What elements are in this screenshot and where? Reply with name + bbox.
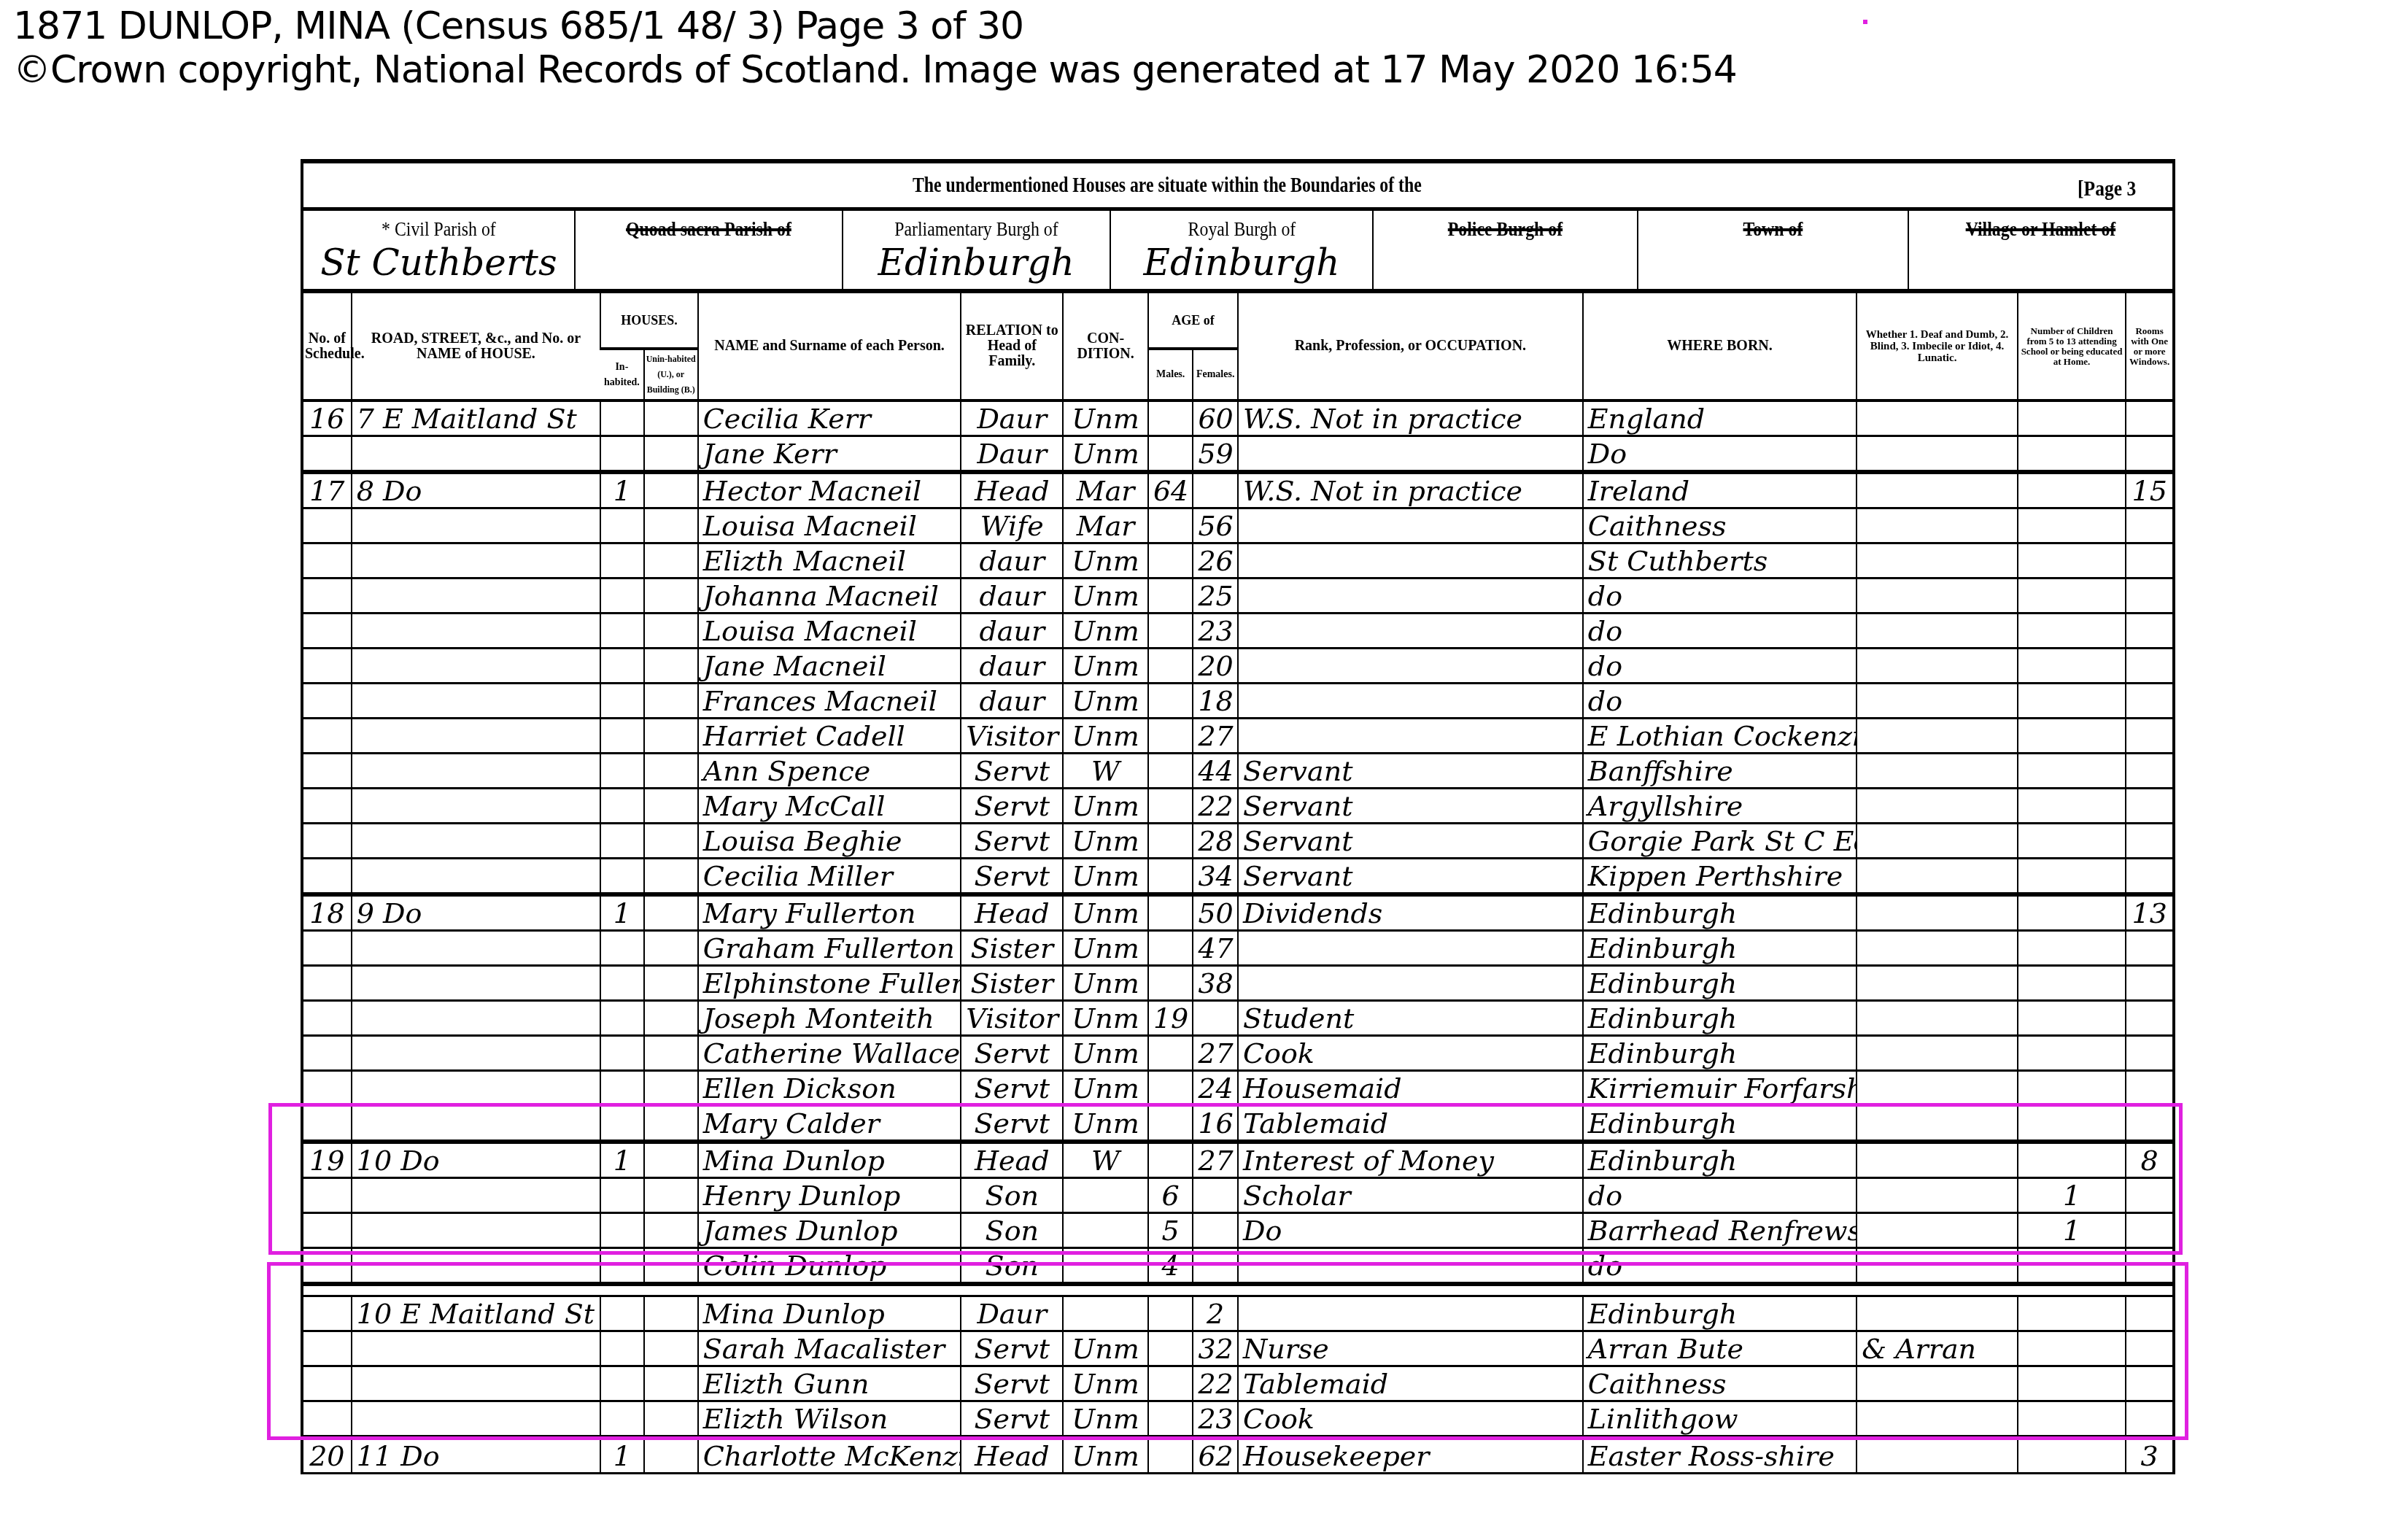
uninhabited-cell (644, 1001, 698, 1036)
schedule-cell (303, 1001, 352, 1036)
female-age-cell: 23 (1193, 1401, 1238, 1438)
children-cell (2018, 579, 2126, 614)
uninhabited-cell (644, 543, 698, 579)
census-table: No. of Schedule. ROAD, STREET, &c., and … (301, 293, 2175, 1474)
infirmity-cell (1857, 966, 2018, 1001)
col-name: NAME and Surname of each Person. (698, 293, 961, 401)
name-cell: Elizth Wilson (698, 1401, 961, 1438)
name-cell: Mary Fullerton (698, 894, 961, 931)
boundary-cell: Parliamentary Burgh ofEdinburgh (843, 211, 1111, 289)
infirmity-cell (1857, 1178, 2018, 1213)
female-age-cell: 32 (1193, 1331, 1238, 1366)
relation-cell: Daur (961, 401, 1063, 436)
name-cell: James Dunlop (698, 1213, 961, 1248)
male-age-cell (1148, 1296, 1193, 1331)
schedule-cell: 18 (303, 894, 352, 931)
name-cell: Mary Calder (698, 1106, 961, 1142)
inhabited-cell (600, 1036, 643, 1071)
table-row: Jane KerrDaurUnm59Do (303, 436, 2172, 473)
name-cell: Louisa Beghie (698, 824, 961, 859)
boundary-label: * Civil Parish of (324, 218, 554, 241)
relation-cell: Servt (961, 754, 1063, 789)
schedule-cell (303, 579, 352, 614)
rooms-cell: 8 (2126, 1142, 2172, 1178)
relation-cell: Head (961, 894, 1063, 931)
uninhabited-cell (644, 436, 698, 473)
address-cell (352, 966, 600, 1001)
infirmity-cell (1857, 754, 2018, 789)
children-cell: 1 (2018, 1178, 2126, 1213)
children-cell (2018, 894, 2126, 931)
address-cell: 10 Do (352, 1142, 600, 1178)
inhabited-cell (600, 1296, 643, 1331)
col-males: Males. (1148, 349, 1193, 401)
inhabited-cell: 1 (600, 1142, 643, 1178)
uninhabited-cell (644, 649, 698, 684)
uninhabited-cell (644, 1296, 698, 1331)
uninhabited-cell (644, 894, 698, 931)
infirmity-cell (1857, 931, 2018, 966)
children-cell (2018, 1248, 2126, 1285)
occupation-cell: W.S. Not in practice (1238, 472, 1583, 508)
male-age-cell (1148, 1437, 1193, 1474)
condition-cell: Mar (1063, 472, 1148, 508)
uninhabited-cell (644, 579, 698, 614)
condition-cell: W (1063, 754, 1148, 789)
children-cell (2018, 1106, 2126, 1142)
born-cell: do (1583, 614, 1857, 649)
relation-cell: Servt (961, 1401, 1063, 1438)
children-cell (2018, 931, 2126, 966)
occupation-cell (1238, 931, 1583, 966)
schedule-cell (303, 684, 352, 719)
uninhabited-cell (644, 824, 698, 859)
inhabited-cell (600, 754, 643, 789)
condition-cell: Unm (1063, 1437, 1148, 1474)
infirmity-cell (1857, 894, 2018, 931)
address-cell: 8 Do (352, 472, 600, 508)
condition-cell: Unm (1063, 1331, 1148, 1366)
table-row: Colin DunlopSon4do (303, 1248, 2172, 1285)
inhabited-cell (600, 931, 643, 966)
born-cell: Caithness (1583, 508, 1857, 543)
rooms-cell (2126, 543, 2172, 579)
address-cell (352, 1001, 600, 1036)
relation-cell: Daur (961, 436, 1063, 473)
male-age-cell: 64 (1148, 472, 1193, 508)
col-infirmity: Whether 1. Deaf and Dumb, 2. Blind, 3. I… (1857, 293, 2018, 401)
relation-cell: daur (961, 684, 1063, 719)
rooms-cell (2126, 1366, 2172, 1401)
female-age-cell (1193, 1178, 1238, 1213)
name-cell: Ellen Dickson (698, 1071, 961, 1106)
children-cell (2018, 472, 2126, 508)
condition-cell: Unm (1063, 1036, 1148, 1071)
infirmity-cell (1857, 824, 2018, 859)
female-age-cell: 38 (1193, 966, 1238, 1001)
rooms-cell (2126, 401, 2172, 436)
col-schedule: No. of Schedule. (303, 293, 352, 401)
address-cell (352, 1036, 600, 1071)
uninhabited-cell (644, 1248, 698, 1285)
infirmity-cell (1857, 1401, 2018, 1438)
address-cell (352, 579, 600, 614)
schedule-cell: 20 (303, 1437, 352, 1474)
rooms-cell (2126, 614, 2172, 649)
schedule-cell (303, 1296, 352, 1331)
relation-cell: Head (961, 1142, 1063, 1178)
uninhabited-cell (644, 684, 698, 719)
born-cell: do (1583, 579, 1857, 614)
table-row: 10 E Maitland StMina DunlopDaur2Edinburg… (303, 1296, 2172, 1331)
relation-cell: Servt (961, 1331, 1063, 1366)
female-age-cell: 34 (1193, 859, 1238, 895)
table-row: Louisa BeghieServtUnm28ServantGorgie Par… (303, 824, 2172, 859)
female-age-cell: 62 (1193, 1437, 1238, 1474)
female-age-cell: 56 (1193, 508, 1238, 543)
inhabited-cell (600, 1213, 643, 1248)
infirmity-cell (1857, 1296, 2018, 1331)
rooms-cell (2126, 1248, 2172, 1285)
table-row: 167 E Maitland StCecilia KerrDaurUnm60W.… (303, 401, 2172, 436)
boundary-label: Parliamentary Burgh of (863, 218, 1089, 241)
census-sheet: The undermentioned Houses are situate wi… (301, 159, 2175, 1458)
col-occupation: Rank, Profession, or OCCUPATION. (1238, 293, 1583, 401)
infirmity-cell (1857, 508, 2018, 543)
address-cell (352, 1248, 600, 1285)
condition-cell: Unm (1063, 966, 1148, 1001)
name-cell: Elizth Gunn (698, 1366, 961, 1401)
relation-cell: Servt (961, 824, 1063, 859)
children-cell (2018, 1401, 2126, 1438)
relation-cell: Servt (961, 859, 1063, 895)
relation-cell: Servt (961, 789, 1063, 824)
male-age-cell (1148, 859, 1193, 895)
schedule-cell: 17 (303, 472, 352, 508)
boundary-label: Police Burgh of (1394, 218, 1618, 241)
children-cell (2018, 719, 2126, 754)
address-cell (352, 1071, 600, 1106)
condition-cell: Unm (1063, 1366, 1148, 1401)
children-cell (2018, 1071, 2126, 1106)
male-age-cell (1148, 1036, 1193, 1071)
rooms-cell (2126, 508, 2172, 543)
inhabited-cell: 1 (600, 472, 643, 508)
condition-cell: Mar (1063, 508, 1148, 543)
boundaries-row: * Civil Parish ofSt CuthbertsQuoad sacra… (301, 207, 2175, 293)
address-cell: 11 Do (352, 1437, 600, 1474)
male-age-cell (1148, 543, 1193, 579)
name-cell: Jane Kerr (698, 436, 961, 473)
condition-cell (1063, 1248, 1148, 1285)
children-cell (2018, 966, 2126, 1001)
born-cell: Edinburgh (1583, 1142, 1857, 1178)
schedule-cell (303, 824, 352, 859)
uninhabited-cell (644, 508, 698, 543)
children-cell (2018, 1036, 2126, 1071)
occupation-cell: Servant (1238, 789, 1583, 824)
highlight-marker (1863, 20, 1867, 24)
address-cell (352, 931, 600, 966)
schedule-cell (303, 1401, 352, 1438)
condition-cell (1063, 1178, 1148, 1213)
born-cell: do (1583, 649, 1857, 684)
female-age-cell: 26 (1193, 543, 1238, 579)
table-row: Joseph MonteithVisitorUnm19StudentEdinbu… (303, 1001, 2172, 1036)
schedule-cell (303, 1178, 352, 1213)
inhabited-cell (600, 436, 643, 473)
table-row: Elphinstone FullertonSisterUnm38Edinburg… (303, 966, 2172, 1001)
infirmity-cell (1857, 789, 2018, 824)
female-age-cell: 2 (1193, 1296, 1238, 1331)
relation-cell: Daur (961, 1296, 1063, 1331)
boundary-value: Edinburgh (843, 241, 1110, 284)
table-row: Frances MacneildaurUnm18do (303, 684, 2172, 719)
condition-cell: Unm (1063, 789, 1148, 824)
born-cell: England (1583, 401, 1857, 436)
relation-cell: Servt (961, 1366, 1063, 1401)
col-rooms: Rooms with One or more Windows. (2126, 293, 2172, 401)
rooms-cell: 15 (2126, 472, 2172, 508)
name-cell: Mary McCall (698, 789, 961, 824)
table-row: Elizth GunnServtUnm22TablemaidCaithness (303, 1366, 2172, 1401)
male-age-cell (1148, 789, 1193, 824)
infirmity-cell (1857, 1106, 2018, 1142)
boundary-cell: Town of (1638, 211, 1909, 289)
address-cell: 9 Do (352, 894, 600, 931)
condition-cell: Unm (1063, 1001, 1148, 1036)
schedule-cell: 16 (303, 401, 352, 436)
born-cell: Edinburgh (1583, 931, 1857, 966)
boundary-cell: Village or Hamlet of (1909, 211, 2172, 289)
record-title: 1871 DUNLOP, MINA (Census 685/1 48/ 3) P… (13, 4, 1023, 48)
boundary-label: Town of (1659, 218, 1888, 241)
infirmity-cell (1857, 1366, 2018, 1401)
rooms-cell (2126, 436, 2172, 473)
uninhabited-cell (644, 1366, 698, 1401)
name-cell: Harriet Cadell (698, 719, 961, 754)
uninhabited-cell (644, 1106, 698, 1142)
table-row: 189 Do1Mary FullertonHeadUnm50DividendsE… (303, 894, 2172, 931)
schedule-cell (303, 1366, 352, 1401)
address-cell (352, 1213, 600, 1248)
condition-cell: Unm (1063, 894, 1148, 931)
rooms-cell (2126, 1178, 2172, 1213)
condition-cell: Unm (1063, 719, 1148, 754)
schedule-cell (303, 1071, 352, 1106)
infirmity-cell (1857, 684, 2018, 719)
inhabited-cell (600, 649, 643, 684)
infirmity-cell (1857, 649, 2018, 684)
schedule-cell (303, 543, 352, 579)
address-cell (352, 859, 600, 895)
male-age-cell (1148, 1106, 1193, 1142)
occupation-cell: Do (1238, 1213, 1583, 1248)
male-age-cell (1148, 1366, 1193, 1401)
col-houses: HOUSES. (600, 293, 698, 349)
born-cell: Ireland (1583, 472, 1857, 508)
infirmity-cell (1857, 436, 2018, 473)
address-cell: 10 E Maitland St (352, 1296, 600, 1331)
infirmity-cell (1857, 614, 2018, 649)
born-cell: Banffshire (1583, 754, 1857, 789)
relation-cell: daur (961, 579, 1063, 614)
table-row: Mary CalderServtUnm16TablemaidEdinburgh (303, 1106, 2172, 1142)
uninhabited-cell (644, 1178, 698, 1213)
name-cell: Joseph Monteith (698, 1001, 961, 1036)
inhabited-cell (600, 401, 643, 436)
schedule-cell: 19 (303, 1142, 352, 1178)
children-cell (2018, 754, 2126, 789)
relation-cell: Visitor (961, 1001, 1063, 1036)
uninhabited-cell (644, 859, 698, 895)
name-cell: Elphinstone Fullerton (698, 966, 961, 1001)
male-age-cell (1148, 436, 1193, 473)
table-row: Elizth WilsonServtUnm23CookLinlithgow (303, 1401, 2172, 1438)
condition-cell: Unm (1063, 1106, 1148, 1142)
condition-cell: Unm (1063, 859, 1148, 895)
uninhabited-cell (644, 1036, 698, 1071)
address-cell (352, 824, 600, 859)
female-age-cell: 59 (1193, 436, 1238, 473)
col-children: Number of Children from 5 to 13 attendin… (2018, 293, 2126, 401)
table-row: Cecilia MillerServtUnm34ServantKippen Pe… (303, 859, 2172, 895)
occupation-cell (1238, 579, 1583, 614)
male-age-cell (1148, 1071, 1193, 1106)
schedule-cell (303, 931, 352, 966)
born-cell: Barrhead Renfrewshire (1583, 1213, 1857, 1248)
born-cell: Kippen Perthshire (1583, 859, 1857, 895)
name-cell: Graham Fullerton (698, 931, 961, 966)
occupation-cell (1238, 1248, 1583, 1285)
form-title-band: The undermentioned Houses are situate wi… (301, 159, 2175, 207)
born-cell: Linlithgow (1583, 1401, 1857, 1438)
male-age-cell (1148, 966, 1193, 1001)
table-row: Sarah MacalisterServtUnm32NurseArran But… (303, 1331, 2172, 1366)
female-age-cell: 16 (1193, 1106, 1238, 1142)
condition-cell: Unm (1063, 1401, 1148, 1438)
address-cell (352, 754, 600, 789)
condition-cell (1063, 1296, 1148, 1331)
children-cell (2018, 1142, 2126, 1178)
table-row: Graham FullertonSisterUnm47Edinburgh (303, 931, 2172, 966)
name-cell: Hector Macneil (698, 472, 961, 508)
children-cell (2018, 1366, 2126, 1401)
col-born: WHERE BORN. (1583, 293, 1857, 401)
rooms-cell (2126, 1106, 2172, 1142)
condition-cell: Unm (1063, 684, 1148, 719)
table-row: Catherine WallaceServtUnm27CookEdinburgh (303, 1036, 2172, 1071)
uninhabited-cell (644, 1331, 698, 1366)
male-age-cell (1148, 1401, 1193, 1438)
table-row: 2011 Do1Charlotte McKenzieHeadUnm62House… (303, 1437, 2172, 1474)
col-females: Females. (1193, 349, 1238, 401)
rooms-cell: 3 (2126, 1437, 2172, 1474)
condition-cell: Unm (1063, 401, 1148, 436)
infirmity-cell (1857, 579, 2018, 614)
male-age-cell (1148, 684, 1193, 719)
born-cell: Arran Bute (1583, 1331, 1857, 1366)
rooms-cell (2126, 1001, 2172, 1036)
name-cell: Ann Spence (698, 754, 961, 789)
born-cell: Edinburgh (1583, 1001, 1857, 1036)
condition-cell: Unm (1063, 579, 1148, 614)
infirmity-cell (1857, 472, 2018, 508)
born-cell: Edinburgh (1583, 1296, 1857, 1331)
table-row: Henry DunlopSon6Scholardo1 (303, 1178, 2172, 1213)
relation-cell: Servt (961, 1036, 1063, 1071)
address-cell (352, 436, 600, 473)
schedule-cell (303, 1248, 352, 1285)
born-cell: E Lothian Cockenzie (1583, 719, 1857, 754)
address-cell: 7 E Maitland St (352, 401, 600, 436)
female-age-cell (1193, 1213, 1238, 1248)
table-row: Harriet CadellVisitorUnm27E Lothian Cock… (303, 719, 2172, 754)
occupation-cell (1238, 719, 1583, 754)
male-age-cell (1148, 1142, 1193, 1178)
copyright-notice: ©Crown copyright, National Records of Sc… (13, 48, 1737, 92)
born-cell: Caithness (1583, 1366, 1857, 1401)
boundary-cell: Royal Burgh ofEdinburgh (1111, 211, 1374, 289)
children-cell (2018, 649, 2126, 684)
condition-cell: Unm (1063, 931, 1148, 966)
uninhabited-cell (644, 966, 698, 1001)
infirmity-cell (1857, 401, 2018, 436)
female-age-cell: 27 (1193, 719, 1238, 754)
inhabited-cell (600, 966, 643, 1001)
inhabited-cell (600, 684, 643, 719)
infirmity-cell (1857, 719, 2018, 754)
uninhabited-cell (644, 719, 698, 754)
occupation-cell: Cook (1238, 1036, 1583, 1071)
inhabited-cell (600, 719, 643, 754)
relation-cell: Son (961, 1248, 1063, 1285)
female-age-cell: 22 (1193, 1366, 1238, 1401)
inhabited-cell (600, 614, 643, 649)
inhabited-cell (600, 824, 643, 859)
schedule-cell (303, 614, 352, 649)
schedule-cell (303, 649, 352, 684)
relation-cell: Head (961, 1437, 1063, 1474)
rooms-cell (2126, 1213, 2172, 1248)
occupation-cell (1238, 543, 1583, 579)
occupation-cell (1238, 1296, 1583, 1331)
table-row: Louisa MacneildaurUnm23do (303, 614, 2172, 649)
boundary-label: Royal Burgh of (1130, 218, 1352, 241)
children-cell (2018, 1001, 2126, 1036)
name-cell: Cecilia Kerr (698, 401, 961, 436)
boundary-value: Edinburgh (1111, 241, 1373, 284)
condition-cell: Unm (1063, 436, 1148, 473)
occupation-cell: Tablemaid (1238, 1106, 1583, 1142)
male-age-cell: 4 (1148, 1248, 1193, 1285)
relation-cell: Sister (961, 966, 1063, 1001)
rooms-cell (2126, 754, 2172, 789)
children-cell (2018, 824, 2126, 859)
name-cell: Catherine Wallace (698, 1036, 961, 1071)
born-cell: Do (1583, 436, 1857, 473)
infirmity-cell (1857, 1001, 2018, 1036)
inhabited-cell (600, 1401, 643, 1438)
condition-cell: Unm (1063, 1071, 1148, 1106)
infirmity-cell (1857, 1248, 2018, 1285)
boundary-cell: Quoad sacra Parish of (576, 211, 843, 289)
inhabited-cell (600, 789, 643, 824)
occupation-cell: Nurse (1238, 1331, 1583, 1366)
inhabited-cell (600, 1106, 643, 1142)
col-inhabited: In-habited. (600, 349, 643, 401)
col-address: ROAD, STREET, &c., and No. or NAME of HO… (352, 293, 600, 401)
